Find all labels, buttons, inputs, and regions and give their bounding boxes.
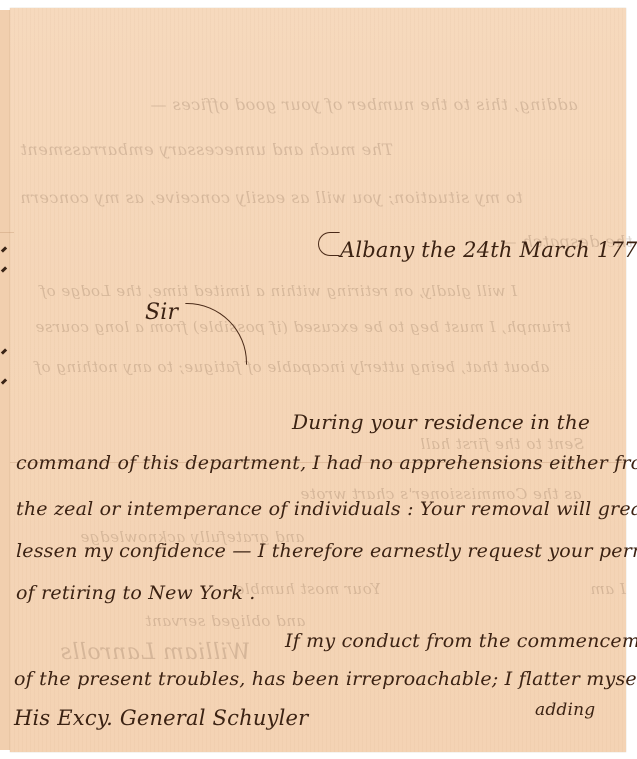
bleed-through-line: and obliged servant bbox=[145, 612, 305, 630]
body-line: of the present troubles, has been irrepr… bbox=[14, 668, 637, 690]
ink-mark bbox=[1, 348, 7, 354]
ink-mark bbox=[1, 246, 7, 252]
bleed-through-line: Your most humble bbox=[235, 580, 381, 598]
body-line: lessen my confidence — I therefore earne… bbox=[16, 540, 637, 562]
bleed-through-line: Sent to the first hall bbox=[420, 435, 584, 453]
body-line: of retiring to New York . bbox=[16, 582, 255, 604]
fold-line bbox=[0, 232, 14, 233]
bleed-through-line: adding, this to the number of your good … bbox=[150, 95, 578, 114]
document-page: adding, this to the number of your good … bbox=[0, 0, 637, 759]
addressee: His Excy. General Schuyler bbox=[14, 706, 308, 730]
bleed-through-line: The much and unnecessary embarrassment bbox=[20, 140, 393, 159]
body-line: command of this department, I had no app… bbox=[16, 452, 637, 474]
ink-mark bbox=[1, 378, 7, 384]
ink-mark bbox=[1, 266, 7, 272]
body-line: During your residence in the bbox=[292, 410, 590, 434]
bleed-through-line: I will gladly, on retiring within a limi… bbox=[40, 282, 517, 300]
bleed-through-line: I am bbox=[590, 580, 626, 598]
dateline: Albany the 24th March 1777 bbox=[340, 238, 637, 262]
bleed-through-signature: William Lanrolls bbox=[60, 640, 250, 665]
catchword: adding bbox=[535, 700, 595, 720]
bleed-through-line: to my situation; you will as easily conc… bbox=[20, 188, 523, 207]
body-line: the zeal or intemperance of individuals … bbox=[16, 498, 637, 520]
dateline-flourish bbox=[318, 232, 340, 256]
bleed-through-line: triumph, I must beg to be excused (if po… bbox=[35, 318, 571, 336]
body-line: If my conduct from the commencement bbox=[285, 630, 637, 652]
salutation: Sir bbox=[145, 300, 178, 325]
bleed-through-line: about that, being utterly incapable of f… bbox=[35, 358, 549, 376]
